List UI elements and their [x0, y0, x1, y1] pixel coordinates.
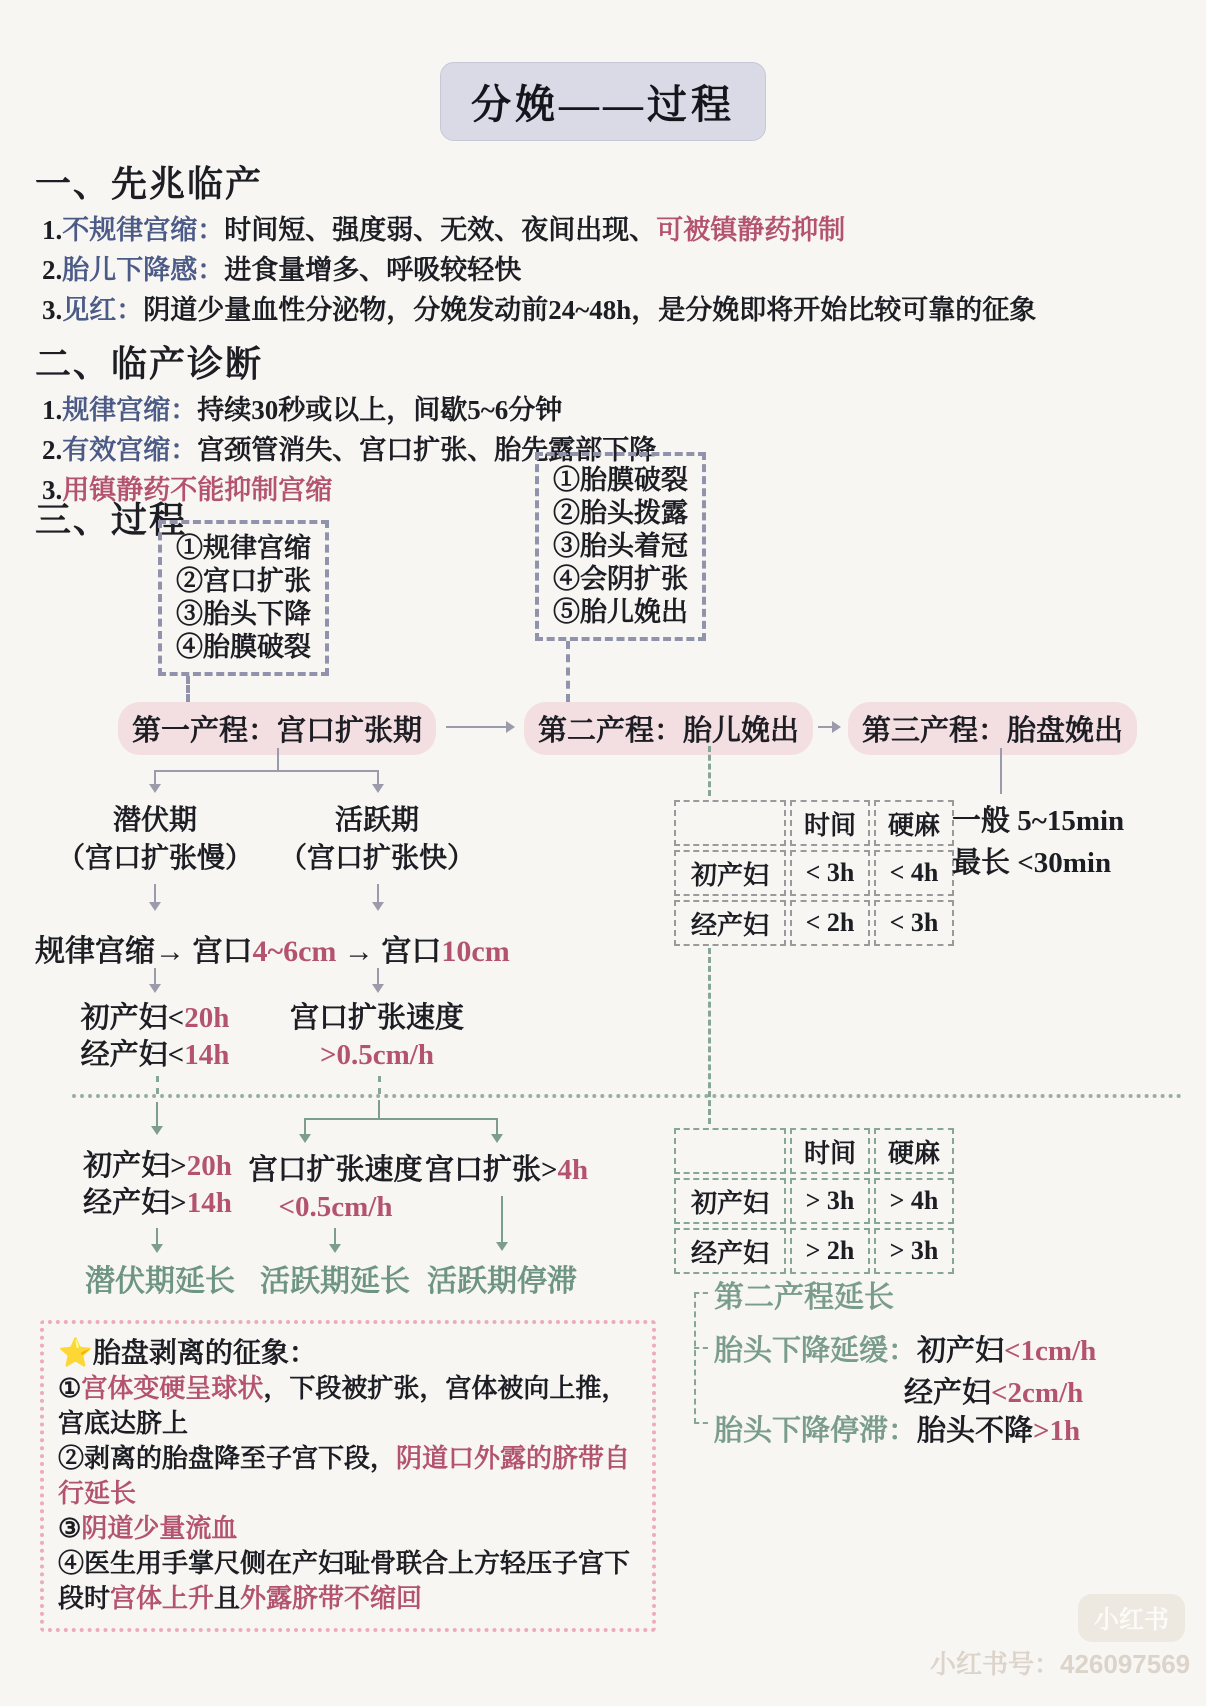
stage3-label: 第三产程：胎盘娩出 — [848, 702, 1137, 755]
step-line: ⑤胎儿娩出 — [553, 596, 688, 629]
section1-item3: 3.见红：阴道少量血性分泌物，分娩发动前24~48h，是分娩即将开始比较可靠的征… — [42, 288, 1036, 327]
active-slow-values: 宫口扩张速度 <0.5cm/h — [238, 1152, 433, 1226]
result-active-arrest: 活跃期停滞 — [412, 1256, 592, 1300]
keyword: 规律宫缩： — [62, 395, 197, 425]
step-line: ①胎膜破裂 — [553, 464, 688, 497]
label: 宫口扩张> — [425, 1154, 558, 1186]
cell: < 3h — [790, 850, 870, 896]
arrow-latent-result — [156, 1228, 158, 1250]
page-title: 分娩——过程 — [440, 62, 766, 141]
latent-abnormal-stub — [156, 1076, 159, 1094]
step-line: ④胎膜破裂 — [176, 631, 311, 664]
accent: 外露脐带不缩回 — [240, 1584, 422, 1613]
item-number: 2. — [42, 255, 62, 285]
col-header-time: 时间 — [790, 1128, 870, 1174]
empty-header-cell — [674, 800, 786, 846]
table-row: 经产妇 > 2h > 3h — [674, 1228, 954, 1274]
arrow-stage2-to-stage3 — [818, 726, 838, 728]
latent-phase: 潜伏期 （宫口扩张慢） — [55, 802, 255, 878]
value: <2cm/h — [991, 1377, 1083, 1409]
latent-abn-line1: 初产妇>20h — [55, 1148, 260, 1185]
table-header-row: 时间 硬麻 — [674, 1128, 954, 1174]
step-line: ③胎头下降 — [176, 598, 311, 631]
branch-bar — [155, 770, 379, 772]
dilation-flow-line: 规律宫缩→ 宫口4~6cm → 宫口10cm — [35, 926, 510, 970]
connector-box2-stage2 — [566, 641, 570, 702]
page-title-row: 分娩——过程 — [0, 62, 1206, 141]
keyword: 有效宫缩： — [62, 435, 197, 465]
label: 经产妇< — [81, 1039, 185, 1071]
col-header-time: 时间 — [790, 800, 870, 846]
active-subtitle: （宫口扩张快） — [277, 840, 477, 878]
arrow-to-latent — [154, 770, 156, 790]
stage2-duration-table: 时间 硬麻 初产妇 < 3h < 4h 经产妇 < 2h < 3h — [670, 796, 958, 950]
placenta-signs-box: ⭐胎盘剥离的征象： ①宫体变硬呈球状，下段被扩张，宫体被向上推，宫底达脐上 ②剥… — [40, 1320, 656, 1632]
label: 胎头下降停滞： — [714, 1415, 917, 1447]
table-row: 初产妇 < 3h < 4h — [674, 850, 954, 896]
sign-item-4: ④医生用手掌尺侧在产妇耻骨联合上方轻压子宫下段时宫体上升且外露脐带不缩回 — [58, 1546, 638, 1616]
section2-heading: 二、临产诊断 — [35, 336, 263, 387]
head-descent-delay: 胎头下降延缓：初产妇<1cm/h — [714, 1328, 1096, 1369]
head-descent-arrest: 胎头下降停滞：胎头不降>1h — [714, 1408, 1080, 1449]
sign-item-1: ①宫体变硬呈球状，下段被扩张，宫体被向上推，宫底达脐上 — [58, 1371, 638, 1441]
xiaohongshu-id: 小红书号：426097569 — [930, 1644, 1190, 1681]
connector-box1-stage1 — [186, 676, 190, 702]
col-header-epidural: 硬麻 — [874, 800, 954, 846]
heading-text: 胎盘剥离的征象： — [93, 1338, 317, 1369]
stage2-abnormal-table: 时间 硬麻 初产妇 > 3h > 4h 经产妇 > 2h > 3h — [670, 1124, 958, 1278]
extension-bracket — [694, 1292, 696, 1424]
active-title: 活跃期 — [277, 802, 477, 840]
item-number: ④ — [58, 1549, 84, 1578]
active-norm-value: >0.5cm/h — [277, 1037, 477, 1074]
flow-value: 10cm — [441, 935, 509, 968]
item-number: ② — [58, 1444, 84, 1473]
item-number: 3. — [42, 295, 62, 325]
active-abn-value: <0.5cm/h — [238, 1189, 433, 1226]
section1-heading: 一、先兆临产 — [35, 156, 263, 207]
active-branch-stem — [378, 1100, 380, 1118]
active-normal-values: 宫口扩张速度 >0.5cm/h — [277, 1000, 477, 1074]
normal-abnormal-divider — [72, 1094, 1182, 1098]
xiaohongshu-badge: 小红书 — [1078, 1594, 1185, 1642]
value: >1h — [1033, 1415, 1080, 1447]
latent-norm-line1: 初产妇<20h — [55, 1000, 255, 1037]
value: 4h — [558, 1154, 589, 1186]
accent: 宫体变硬呈球状 — [81, 1374, 263, 1403]
item-text: 时间短、强度弱、无效、夜间出现、 — [224, 215, 656, 245]
arrow-active-arrest — [496, 1118, 498, 1140]
cell: < 4h — [874, 850, 954, 896]
item-accent: 可被镇静药抑制 — [656, 215, 845, 245]
value: 20h — [184, 1002, 229, 1034]
connector-stage2-table1 — [708, 746, 711, 796]
step-line: ③胎头着冠 — [553, 530, 688, 563]
arrow-latent-down — [154, 884, 156, 908]
star-icon: ⭐ — [58, 1338, 93, 1369]
arrow-active-down — [377, 884, 379, 908]
arrow-active-slow-result — [334, 1228, 336, 1250]
section1-item2: 2.胎儿下降感：进食量增多、呼吸较轻快 — [42, 248, 521, 287]
section1-item1: 1.不规律宫缩：时间短、强度弱、无效、夜间出现、可被镇静药抑制 — [42, 208, 845, 247]
result-latent-prolonged: 潜伏期延长 — [70, 1256, 250, 1300]
active-abn-label: 宫口扩张速度 — [238, 1152, 433, 1189]
label: 初产妇< — [81, 1002, 185, 1034]
cell: < 2h — [790, 900, 870, 946]
value: <1cm/h — [1004, 1335, 1096, 1367]
keyword: 不规律宫缩： — [62, 215, 224, 245]
empty-header-cell — [674, 1128, 786, 1174]
item-number: 1. — [42, 395, 62, 425]
keyword: 见红： — [62, 295, 143, 325]
cell: < 3h — [874, 900, 954, 946]
value: 14h — [187, 1187, 232, 1219]
result-active-prolonged: 活跃期延长 — [245, 1256, 425, 1300]
stage3-duration-note: 一般 5~15min 最长 <30min — [952, 800, 1124, 884]
cell: > 4h — [874, 1178, 954, 1224]
text: 初产妇 — [917, 1335, 1004, 1367]
flow-text: 规律宫缩→ 宫口 — [35, 935, 253, 968]
connector-table1-table2 — [708, 948, 711, 1124]
table-row: 经产妇 < 2h < 3h — [674, 900, 954, 946]
latent-subtitle: （宫口扩张慢） — [55, 840, 255, 878]
step-line: ④会阴扩张 — [553, 563, 688, 596]
text: 剥离的胎盘降至子宫下段， — [84, 1444, 396, 1473]
stage2-steps-box: ①胎膜破裂 ②胎头拨露 ③胎头着冠 ④会阴扩张 ⑤胎儿娩出 — [535, 452, 706, 641]
row-header: 经产妇 — [674, 1228, 786, 1274]
stage2-prolonged-label: 第二产程延长 — [714, 1272, 894, 1316]
arrow-stage1-to-stage2 — [446, 726, 512, 728]
item-number: 1. — [42, 215, 62, 245]
active-branch-bar — [305, 1118, 497, 1120]
arrow-to-active — [377, 770, 379, 790]
row-header: 初产妇 — [674, 1178, 786, 1224]
arrow-latent-abnormal — [156, 1102, 158, 1132]
row-header: 经产妇 — [674, 900, 786, 946]
active-abnormal-stub — [378, 1076, 381, 1094]
label: 经产妇> — [83, 1187, 187, 1219]
active-phase: 活跃期 （宫口扩张快） — [277, 802, 477, 878]
head-descent-delay-line2: 经产妇<2cm/h — [904, 1370, 1083, 1411]
accent: 阴道少量流血 — [81, 1514, 237, 1543]
value: 20h — [187, 1150, 232, 1182]
active-arrest-values: 宫口扩张>4h — [425, 1152, 580, 1189]
cell: > 2h — [790, 1228, 870, 1274]
latent-norm-line2: 经产妇<14h — [55, 1037, 255, 1074]
item-number: 2. — [42, 435, 62, 465]
arrow-active-slow — [304, 1118, 306, 1140]
placenta-signs-heading: ⭐胎盘剥离的征象： — [58, 1336, 638, 1371]
latent-abn-line2: 经产妇>14h — [55, 1185, 260, 1222]
stage1-steps-box: ①规律宫缩 ②宫口扩张 ③胎头下降 ④胎膜破裂 — [158, 520, 329, 676]
stage3-note-line2: 最长 <30min — [952, 842, 1124, 884]
step-line: ①规律宫缩 — [176, 532, 311, 565]
bracket-stub-3 — [694, 1422, 708, 1424]
bracket-stub-2 — [694, 1347, 708, 1349]
row-header: 初产妇 — [674, 850, 786, 896]
arrow-active-arrest-result — [501, 1196, 503, 1248]
arrow-latent-norm — [154, 968, 156, 990]
connector-stage3-note — [1000, 748, 1002, 794]
branch-stem — [277, 748, 279, 770]
step-line: ②胎头拨露 — [553, 497, 688, 530]
active-norm-label: 宫口扩张速度 — [277, 1000, 477, 1037]
latent-normal-values: 初产妇<20h 经产妇<14h — [55, 1000, 255, 1074]
keyword: 胎儿下降感： — [62, 255, 224, 285]
item-text: 阴道少量血性分泌物，分娩发动前24~48h，是分娩即将开始比较可靠的征象 — [143, 295, 1036, 325]
value: 14h — [184, 1039, 229, 1071]
stage2-label: 第二产程：胎儿娩出 — [524, 702, 813, 755]
section2-item1: 1.规律宫缩：持续30秒或以上，间歇5~6分钟 — [42, 388, 562, 427]
cell: > 3h — [790, 1178, 870, 1224]
sign-item-2: ②剥离的胎盘降至子宫下段，阴道口外露的脐带自行延长 — [58, 1441, 638, 1511]
flow-value: 4~6cm — [253, 935, 337, 968]
stage3-note-line1: 一般 5~15min — [952, 800, 1124, 842]
item-text: 进食量增多、呼吸较轻快 — [224, 255, 521, 285]
accent: 宫体上升 — [110, 1584, 214, 1613]
flow-text: → 宫口 — [336, 935, 441, 968]
sign-item-3: ③阴道少量流血 — [58, 1511, 638, 1546]
latent-abnormal-values: 初产妇>20h 经产妇>14h — [55, 1148, 260, 1222]
arrow-active-norm — [377, 968, 379, 990]
item-number: ③ — [58, 1514, 81, 1543]
latent-title: 潜伏期 — [55, 802, 255, 840]
step-line: ②宫口扩张 — [176, 565, 311, 598]
item-number: ① — [58, 1374, 81, 1403]
col-header-epidural: 硬麻 — [874, 1128, 954, 1174]
table-row: 初产妇 > 3h > 4h — [674, 1178, 954, 1224]
text: 且 — [214, 1584, 240, 1613]
text: 胎头不降 — [917, 1415, 1033, 1447]
bracket-stub-1 — [694, 1292, 708, 1294]
label: 初产妇> — [83, 1150, 187, 1182]
item-text: 持续30秒或以上，间歇5~6分钟 — [197, 395, 562, 425]
label: 胎头下降延缓： — [714, 1335, 917, 1367]
text: 经产妇 — [904, 1377, 991, 1409]
cell: > 3h — [874, 1228, 954, 1274]
table-header-row: 时间 硬麻 — [674, 800, 954, 846]
